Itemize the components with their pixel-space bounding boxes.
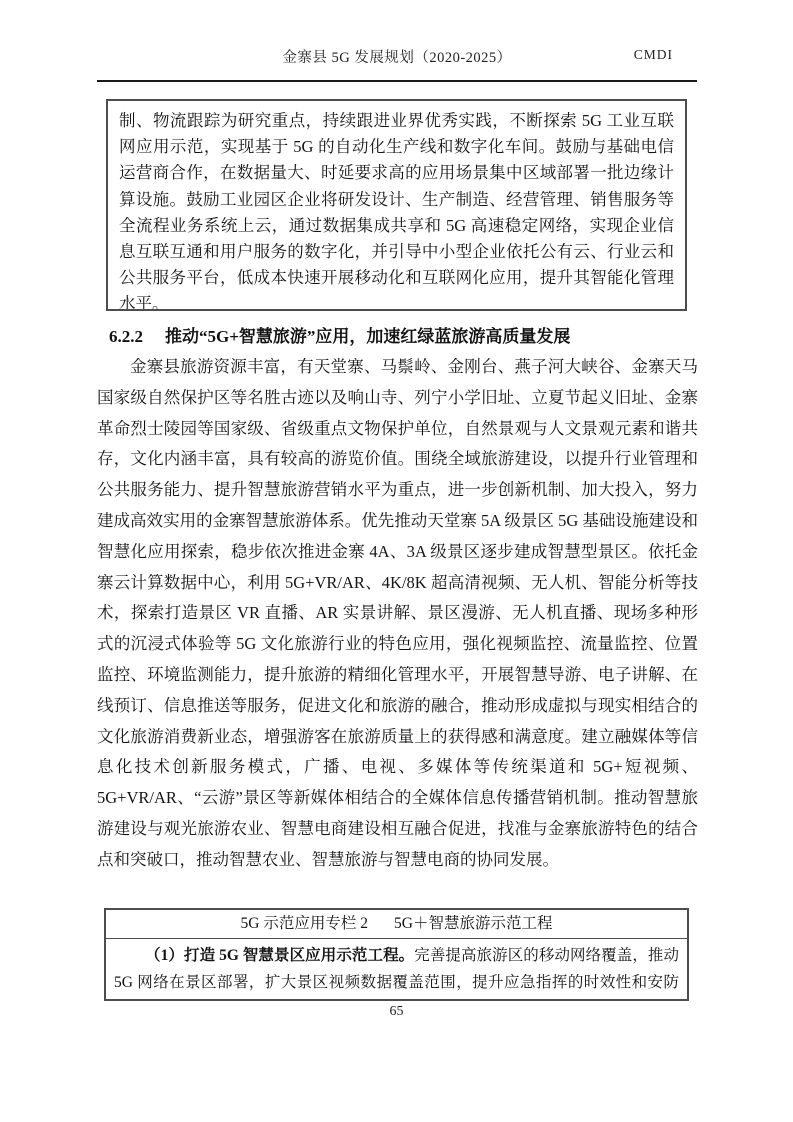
feature-column-label: 5G 示范应用专栏 2 [241, 915, 368, 932]
body-paragraph-container: 金寨县旅游资源丰富，有天堂寨、马鬃岭、金刚台、燕子河大峡谷、金寨天马国家级自然保… [97, 352, 698, 904]
page-footer: 65 [0, 1004, 793, 1020]
running-header: 金寨县 5G 发展规划（2020-2025） CMDI [97, 46, 697, 70]
feature-column-body: （1）打造 5G 智慧景区应用示范工程。完善提高旅游区的移动网络覆盖，推动 5G… [106, 939, 687, 999]
document-page: 金寨县 5G 发展规划（2020-2025） CMDI 制、物流跟踪为研究重点，… [0, 0, 793, 1122]
feature-column-title: 5G＋智慧旅游示范工程 [394, 915, 552, 932]
page-number: 65 [390, 1004, 404, 1019]
brand-label: CMDI [634, 47, 673, 63]
document-title: 金寨县 5G 发展规划（2020-2025） [97, 46, 697, 67]
section-title: 推动“5G+智慧旅游”应用，加速红绿蓝旅游高质量发展 [165, 327, 570, 346]
feature-item-1: （1）打造 5G 智慧景区应用示范工程。完善提高旅游区的移动网络覆盖，推动 5G… [114, 942, 679, 999]
header-rule [97, 80, 697, 82]
section-number: 6.2.2 [109, 327, 143, 346]
continued-feature-text: 制、物流跟踪为研究重点，持续跟进业界优秀实践，不断探索 5G 工业互联网应用示范… [119, 108, 674, 311]
feature-item-1-lead: （1）打造 5G 智慧景区应用示范工程。 [145, 947, 414, 964]
body-paragraph-text: 金寨县旅游资源丰富，有天堂寨、马鬃岭、金刚台、燕子河大峡谷、金寨天马国家级自然保… [97, 352, 698, 876]
feature-column-table: 5G 示范应用专栏 25G＋智慧旅游示范工程 （1）打造 5G 智慧景区应用示范… [104, 908, 689, 1001]
continued-feature-box: 制、物流跟踪为研究重点，持续跟进业界优秀实践，不断探索 5G 工业互联网应用示范… [106, 99, 687, 311]
feature-column-header: 5G 示范应用专栏 25G＋智慧旅游示范工程 [106, 910, 687, 939]
section-heading: 6.2.2推动“5G+智慧旅游”应用，加速红绿蓝旅游高质量发展 [97, 322, 697, 347]
